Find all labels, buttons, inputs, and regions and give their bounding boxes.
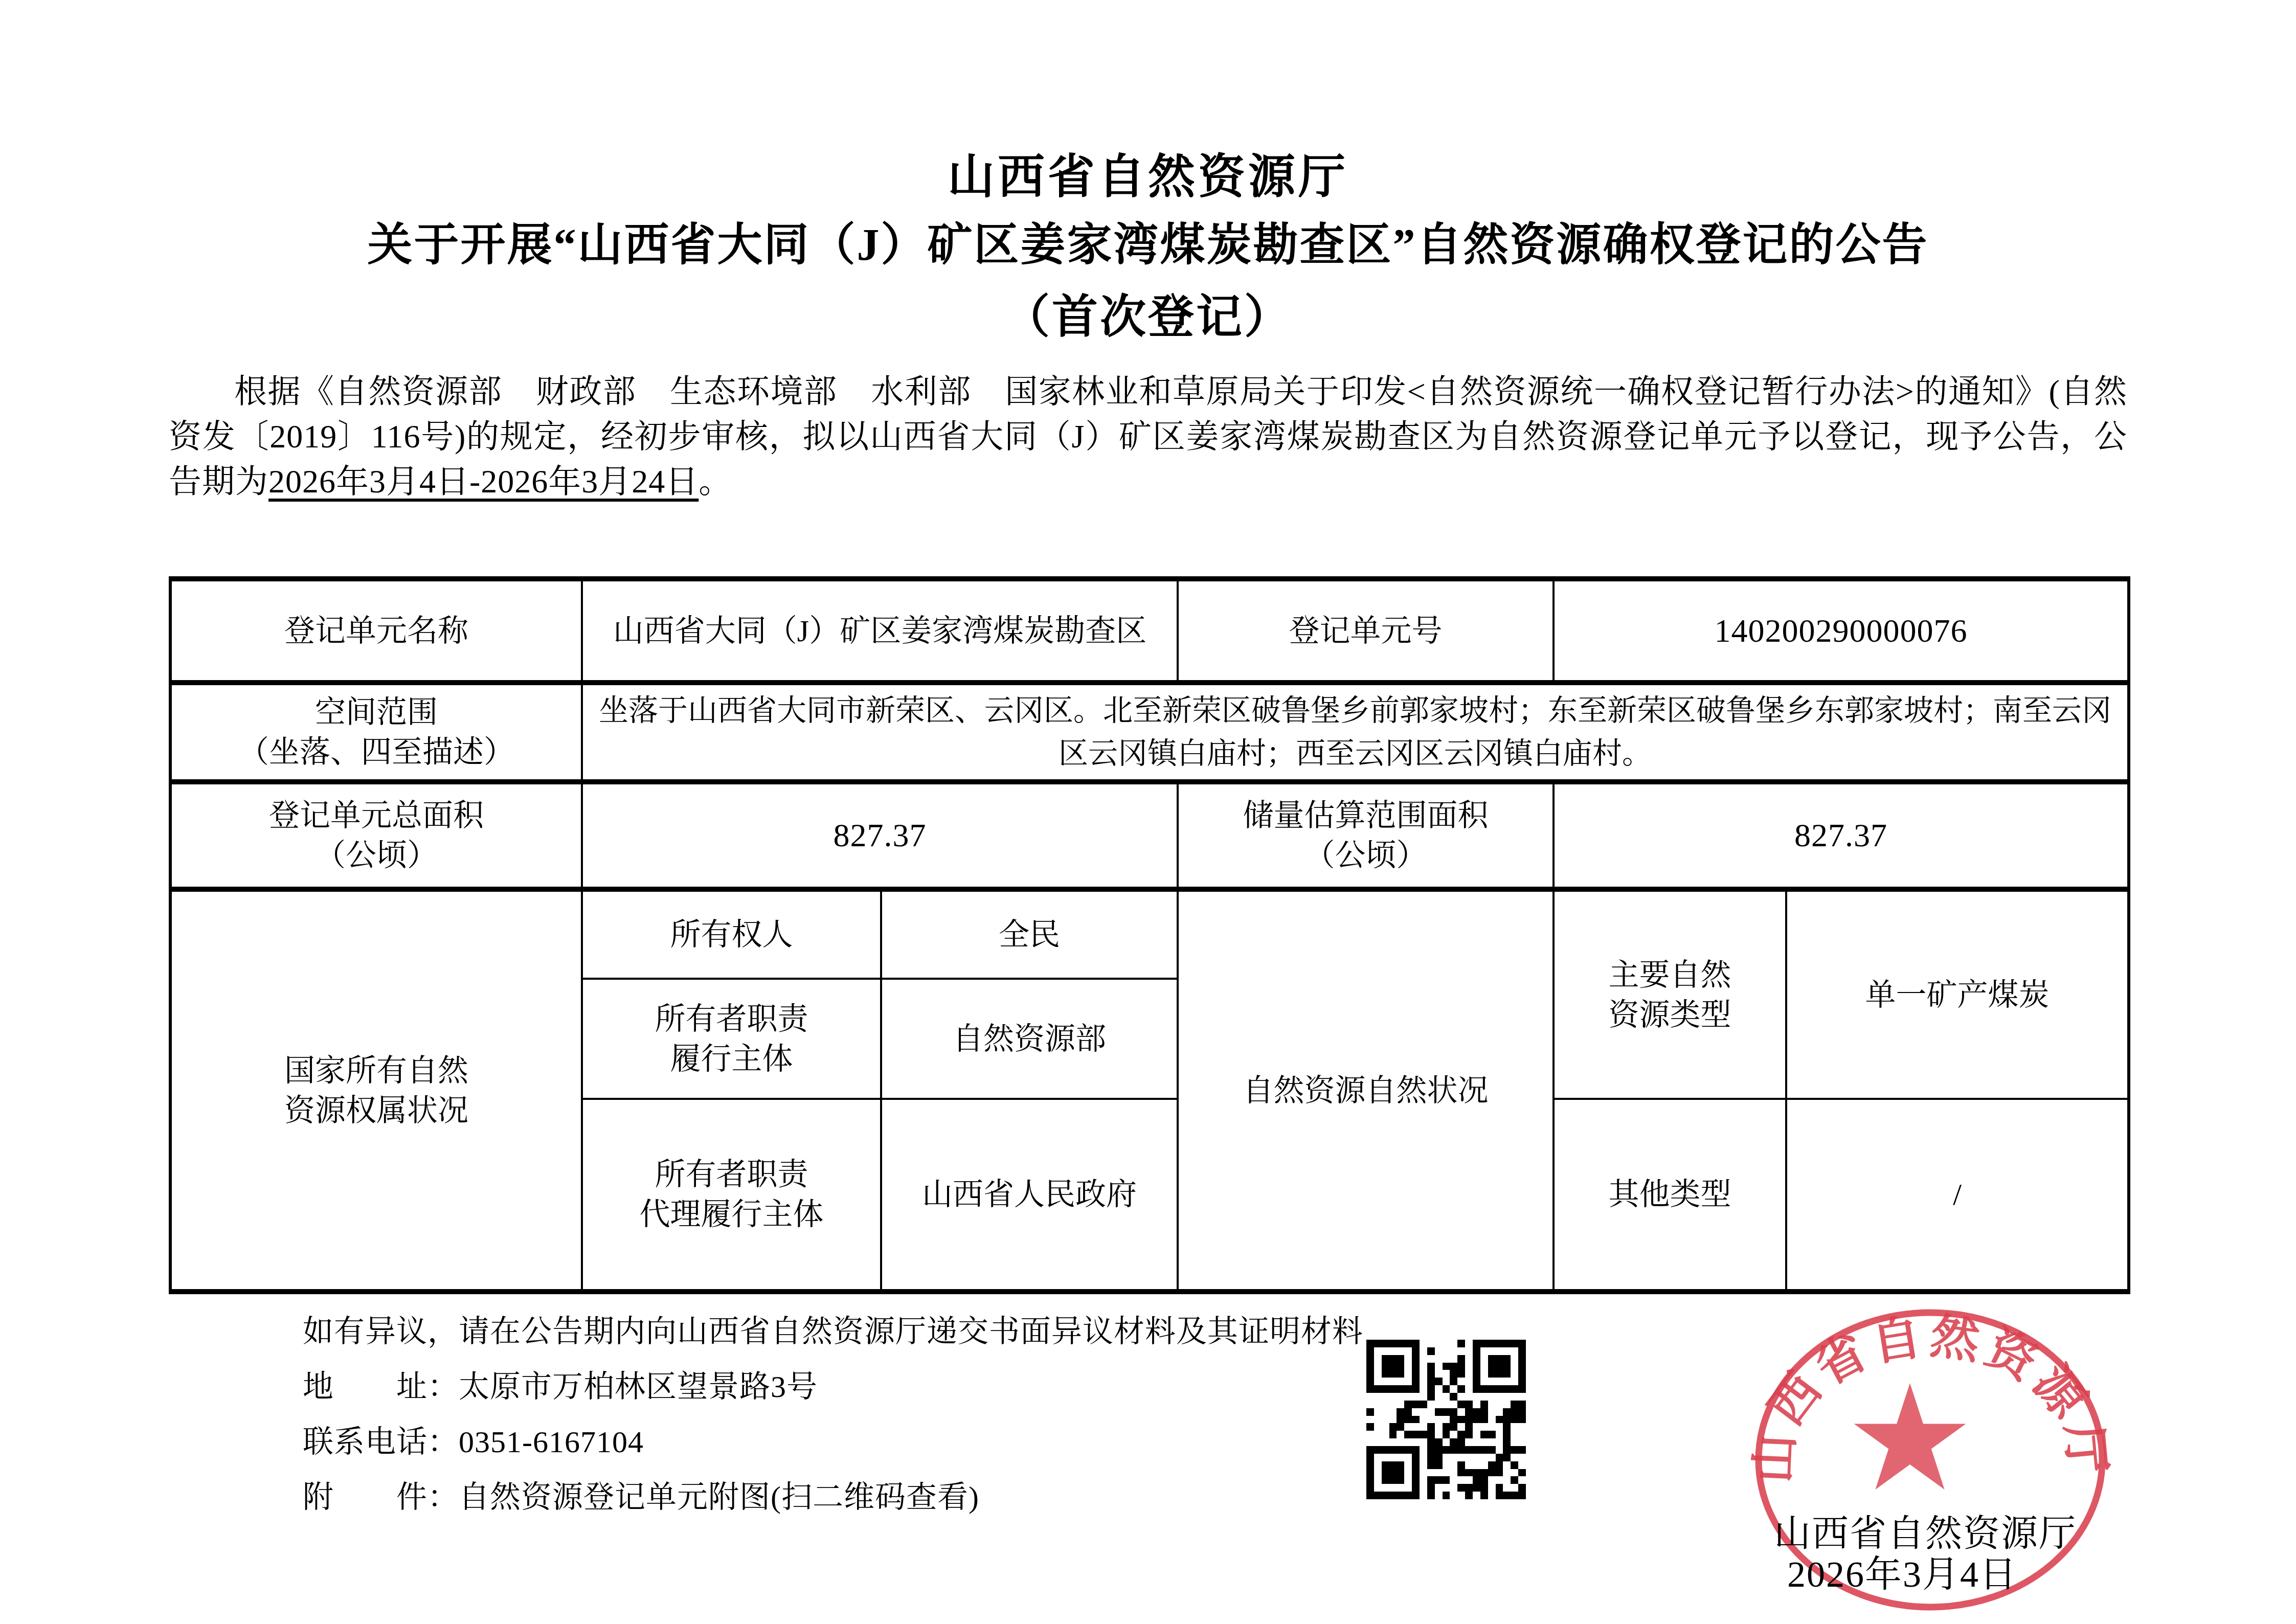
registration-table: 登记单元名称 山西省大同（J）矿区姜家湾煤炭勘查区 登记单元号 14020029… — [169, 576, 2130, 1294]
announcement-title: 关于开展“山西省大同（J）矿区姜家湾煤炭勘查区”自然资源确权登记的公告 — [0, 209, 2296, 273]
cell-duty-label: 所有者职责 履行主体 — [582, 979, 881, 1099]
cell-unit-no-value: 140200290000076 — [1554, 579, 2129, 683]
address-line: 地 址：太原市万柏林区望景路3号 — [303, 1362, 818, 1406]
cell-scope-label: 空间范围 （坐落、四至描述） — [170, 683, 582, 782]
cell-agent-value: 山西省人民政府 — [881, 1099, 1178, 1292]
paragraph-period-mark: 。 — [699, 463, 732, 500]
announcement-subtitle: （首次登记） — [0, 279, 2296, 346]
attachment-line: 附 件：自然资源登记单元附图(扫二维码查看) — [303, 1473, 979, 1517]
cell-agent-label: 所有者职责 代理履行主体 — [582, 1099, 881, 1292]
objection-note: 如有异议，请在公告期内向山西省自然资源厅递交书面异议材料及其证明材料 — [303, 1307, 1363, 1351]
org-title: 山西省自然资源厅 — [0, 139, 2296, 207]
cell-nature-status-label: 自然资源自然状况 — [1178, 889, 1554, 1292]
cell-unit-name-value: 山西省大同（J）矿区姜家湾煤炭勘查区 — [582, 579, 1178, 683]
cell-main-type-label: 主要自然 资源类型 — [1554, 889, 1786, 1099]
qr-code — [1366, 1340, 1526, 1499]
seal-date-text: 2026年3月4日 — [1749, 1544, 2056, 1597]
body-paragraph: 根据《自然资源部 财政部 生态环境部 水利部 国家林业和草原局关于印发<自然资源… — [169, 369, 2127, 504]
cell-scope-value: 坐落于山西省大同市新荣区、云冈区。北至新荣区破鲁堡乡前郭家坡村；东至新荣区破鲁堡… — [582, 683, 2129, 782]
cell-unit-no-label: 登记单元号 — [1178, 579, 1554, 683]
cell-owner-label: 所有权人 — [582, 889, 881, 979]
seal-star-icon — [1854, 1383, 1966, 1490]
cell-reserve-area-label: 储量估算范围面积 （公顷） — [1178, 782, 1554, 889]
cell-main-type-value: 单一矿产煤炭 — [1786, 889, 2129, 1099]
cell-other-type-label: 其他类型 — [1554, 1099, 1786, 1292]
cell-owner-value: 全民 — [881, 889, 1178, 979]
phone-line: 联系电话：0351-6167104 — [303, 1417, 644, 1461]
cell-other-type-value: / — [1786, 1099, 2129, 1292]
cell-reserve-area-value: 827.37 — [1554, 782, 2129, 889]
document-page: 山西省自然资源厅 关于开展“山西省大同（J）矿区姜家湾煤炭勘查区”自然资源确权登… — [0, 0, 2296, 1624]
cell-total-area-value: 827.37 — [582, 782, 1178, 889]
cell-total-area-label: 登记单元总面积 （公顷） — [170, 782, 582, 889]
cell-ownership-label: 国家所有自然 资源权属状况 — [170, 889, 582, 1292]
cell-duty-value: 自然资源部 — [881, 979, 1178, 1099]
announcement-period-dates: 2026年3月4日-2026年3月24日 — [268, 463, 699, 500]
cell-unit-name-label: 登记单元名称 — [170, 579, 582, 683]
